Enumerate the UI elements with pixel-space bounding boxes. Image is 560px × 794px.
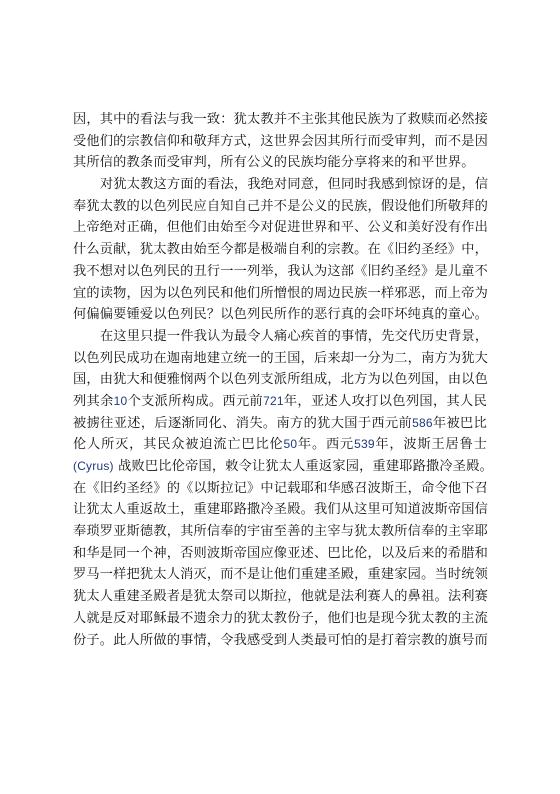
text-line: 被掳往亚述，后逐渐同化、消失。南方的犹大国于西元前586年被巴比 xyxy=(73,413,487,435)
text-segment: 年，波斯王居鲁士 xyxy=(375,437,487,452)
text-line: 什么贡献，犹太教由始至今都是极端自利的宗教。在《旧约圣经》中， xyxy=(73,239,487,261)
text-line: 列其余10个支派所构成。西元前721年，亚述人攻打以色列国，其人民 xyxy=(73,391,487,413)
text-segment: 年，亚述人攻打以色列国，其人民 xyxy=(284,394,487,409)
text-line: 以色列民成功在迦南地建立统一的王国，后来却一分为二，南方为犹大 xyxy=(73,348,487,370)
latin-text: 586 xyxy=(412,416,433,430)
latin-text: 10 xyxy=(114,394,128,408)
text-line: 国，由犹大和便雅悯两个以色列支派所组成，北方为以色列国，由以色 xyxy=(73,369,487,391)
text-line: 上帝绝对正确，但他们由始至今对促进世界和平、公义和美好没有作出 xyxy=(73,217,487,239)
text-line: 对犹太教这方面的看法，我绝对同意，但同时我感到惊讶的是，信 xyxy=(73,174,487,196)
text-segment: 年。西元 xyxy=(297,437,354,452)
text-segment: 战败巴比伦帝国，敕令让犹太人重返家园，重建耶路撒冷圣殿。 xyxy=(114,459,493,474)
text-line: (Cyrus) 战败巴比伦帝国，敕令让犹太人重返家园，重建耶路撒冷圣殿。 xyxy=(73,456,487,478)
text-line: 奉琐罗亚斯德教，其所信奉的宇宙至善的主宰与犹太教所信奉的主宰耶 xyxy=(73,521,487,543)
text-line: 罗马一样把犹太人消灭，而不是让他们重建圣殿，重建家园。当时统领 xyxy=(73,564,487,586)
latin-text: 721 xyxy=(263,394,284,408)
text-line: 人就是反对耶稣最不遗余力的犹太教份子，他们也是现今犹太教的主流 xyxy=(73,608,487,630)
text-segment: 列其余 xyxy=(73,394,114,409)
text-segment: 被掳往亚述，后逐渐同化、消失。南方的犹大国于西元前 xyxy=(73,416,412,431)
text-line: 在《旧约圣经》的《以斯拉记》中记载耶和华感召波斯王，命令他下召 xyxy=(73,478,487,500)
text-line: 犹太人重建圣殿者是犹太祭司以斯拉，他就是法利赛人的鼻祖。法利赛 xyxy=(73,586,487,608)
text-segment: 个支派所构成。西元前 xyxy=(127,394,263,409)
text-segment: 年被巴比 xyxy=(433,416,487,431)
text-line: 让犹太人重返故土，重建耶路撒冷圣殿。我们从这里可知道波斯帝国信 xyxy=(73,499,487,521)
text-line: 份子。此人所做的事情，令我感受到人类最可怕的是打着宗教的旗号而 xyxy=(73,630,487,652)
latin-text: 539 xyxy=(354,437,375,451)
text-line: 其所信的教条而受审判，所有公义的民族均能分享将来的和平世界。 xyxy=(73,152,487,174)
text-line: 因，其中的看法与我一致：犹太教并不主张其他民族为了救赎而必然接 xyxy=(73,109,487,131)
text-line: 何偏偏要锺爱以色列民？以色列民所作的恶行真的会吓坏纯真的童心。 xyxy=(73,304,487,326)
text-line: 和华是同一个神，否则波斯帝国应像亚述、巴比伦，以及后来的希腊和 xyxy=(73,543,487,565)
text-segment: 伦人所灭，其民众被迫流亡巴比伦 xyxy=(73,437,284,452)
text-line: 受他们的宗教信仰和敬拜方式，这世界会因其所行而受审判，而不是因 xyxy=(73,131,487,153)
text-line: 我不想对以色列民的丑行一一列举，我认为这部《旧约圣经》是儿童不 xyxy=(73,261,487,283)
text-line: 在这里只提一件我认为最令人痛心疾首的事情，先交代历史背景， xyxy=(73,326,487,348)
text-line: 伦人所灭，其民众被迫流亡巴比伦50年。西元539年，波斯王居鲁士 xyxy=(73,434,487,456)
document-page: 因，其中的看法与我一致：犹太教并不主张其他民族为了救赎而必然接受他们的宗教信仰和… xyxy=(73,109,487,651)
text-line: 奉犹太教的以色列民应自知自己并不是公义的民族，假设他们所敬拜的 xyxy=(73,196,487,218)
text-line: 宜的读物，因为以色列民和他们所憎恨的周边民族一样邪恶，而上帝为 xyxy=(73,283,487,305)
latin-text: (Cyrus) xyxy=(73,459,114,473)
latin-text: 50 xyxy=(284,437,298,451)
